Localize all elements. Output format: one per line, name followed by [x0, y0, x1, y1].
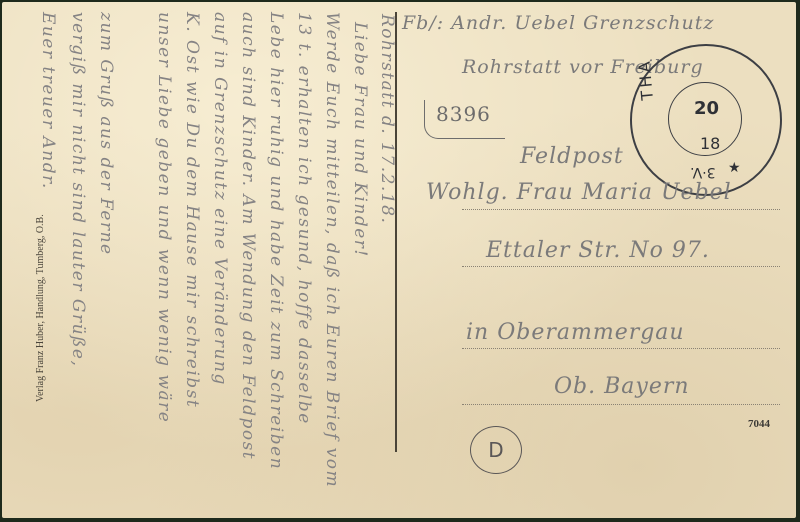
recipient-town: in Oberammergau: [466, 320, 685, 345]
postmark-town: THA: [634, 58, 657, 101]
message-line: zum Gruß aus der Ferne: [96, 12, 116, 256]
message-line: vergiß mir nicht sind lauter Grüße,: [68, 12, 88, 367]
address-rule: [462, 266, 780, 267]
postmark-day: 20: [694, 98, 719, 119]
message-line: auch sind Kinder. Am Wendung den Feldpos…: [238, 12, 258, 460]
feldpost-label: Feldpost: [520, 144, 624, 169]
postmark-stamp: THA 20 18 3·V. ★: [630, 44, 782, 196]
censor-mark: D: [470, 426, 522, 474]
message-date-line: Rohrstatt d. 17.2.18.: [377, 14, 397, 224]
recipient-street: Ettaler Str. No 97.: [486, 238, 710, 263]
message-line: auf in Grenzschutz eine Veränderung: [210, 12, 230, 386]
postmark-year: 18: [700, 134, 720, 153]
sender-line-1: Fb/: Andr. Uebel Grenzschutz: [402, 12, 714, 34]
recipient-region: Ob. Bayern: [554, 374, 690, 399]
star-icon: ★: [728, 160, 741, 177]
address-rule: [462, 404, 780, 405]
postmark-time: 3·V.: [690, 164, 716, 180]
message-line: Werde Euch mitteilen, daß ich Euren Brie…: [322, 12, 342, 488]
message-line: K. Ost wie Du dem Hause mir schreibst: [182, 12, 202, 408]
publisher-imprint: Verlag Franz Huber, Handlung, Tumberg, O…: [35, 214, 46, 402]
reference-number: 8396: [436, 102, 491, 126]
serial-number: 7044: [748, 418, 770, 430]
message-line: unser Liebe geben und wenn wenig wäre: [154, 12, 174, 423]
message-line: Lebe hier ruhig und habe Zeit zum Schrei…: [266, 12, 286, 470]
message-line: Liebe Frau und Kinder!: [350, 22, 370, 258]
postcard-back: Rohrstatt d. 17.2.18. Liebe Frau und Kin…: [2, 2, 796, 518]
address-rule: [462, 348, 780, 349]
message-line: Euer treuer Andr.: [38, 12, 58, 190]
address-rule: [462, 209, 780, 210]
center-divider: [395, 12, 397, 452]
message-line: 13 t. erhalten ich gesund, hoffe dasselb…: [294, 12, 314, 425]
recipient-name: Wohlg. Frau Maria Uebel: [426, 180, 732, 205]
